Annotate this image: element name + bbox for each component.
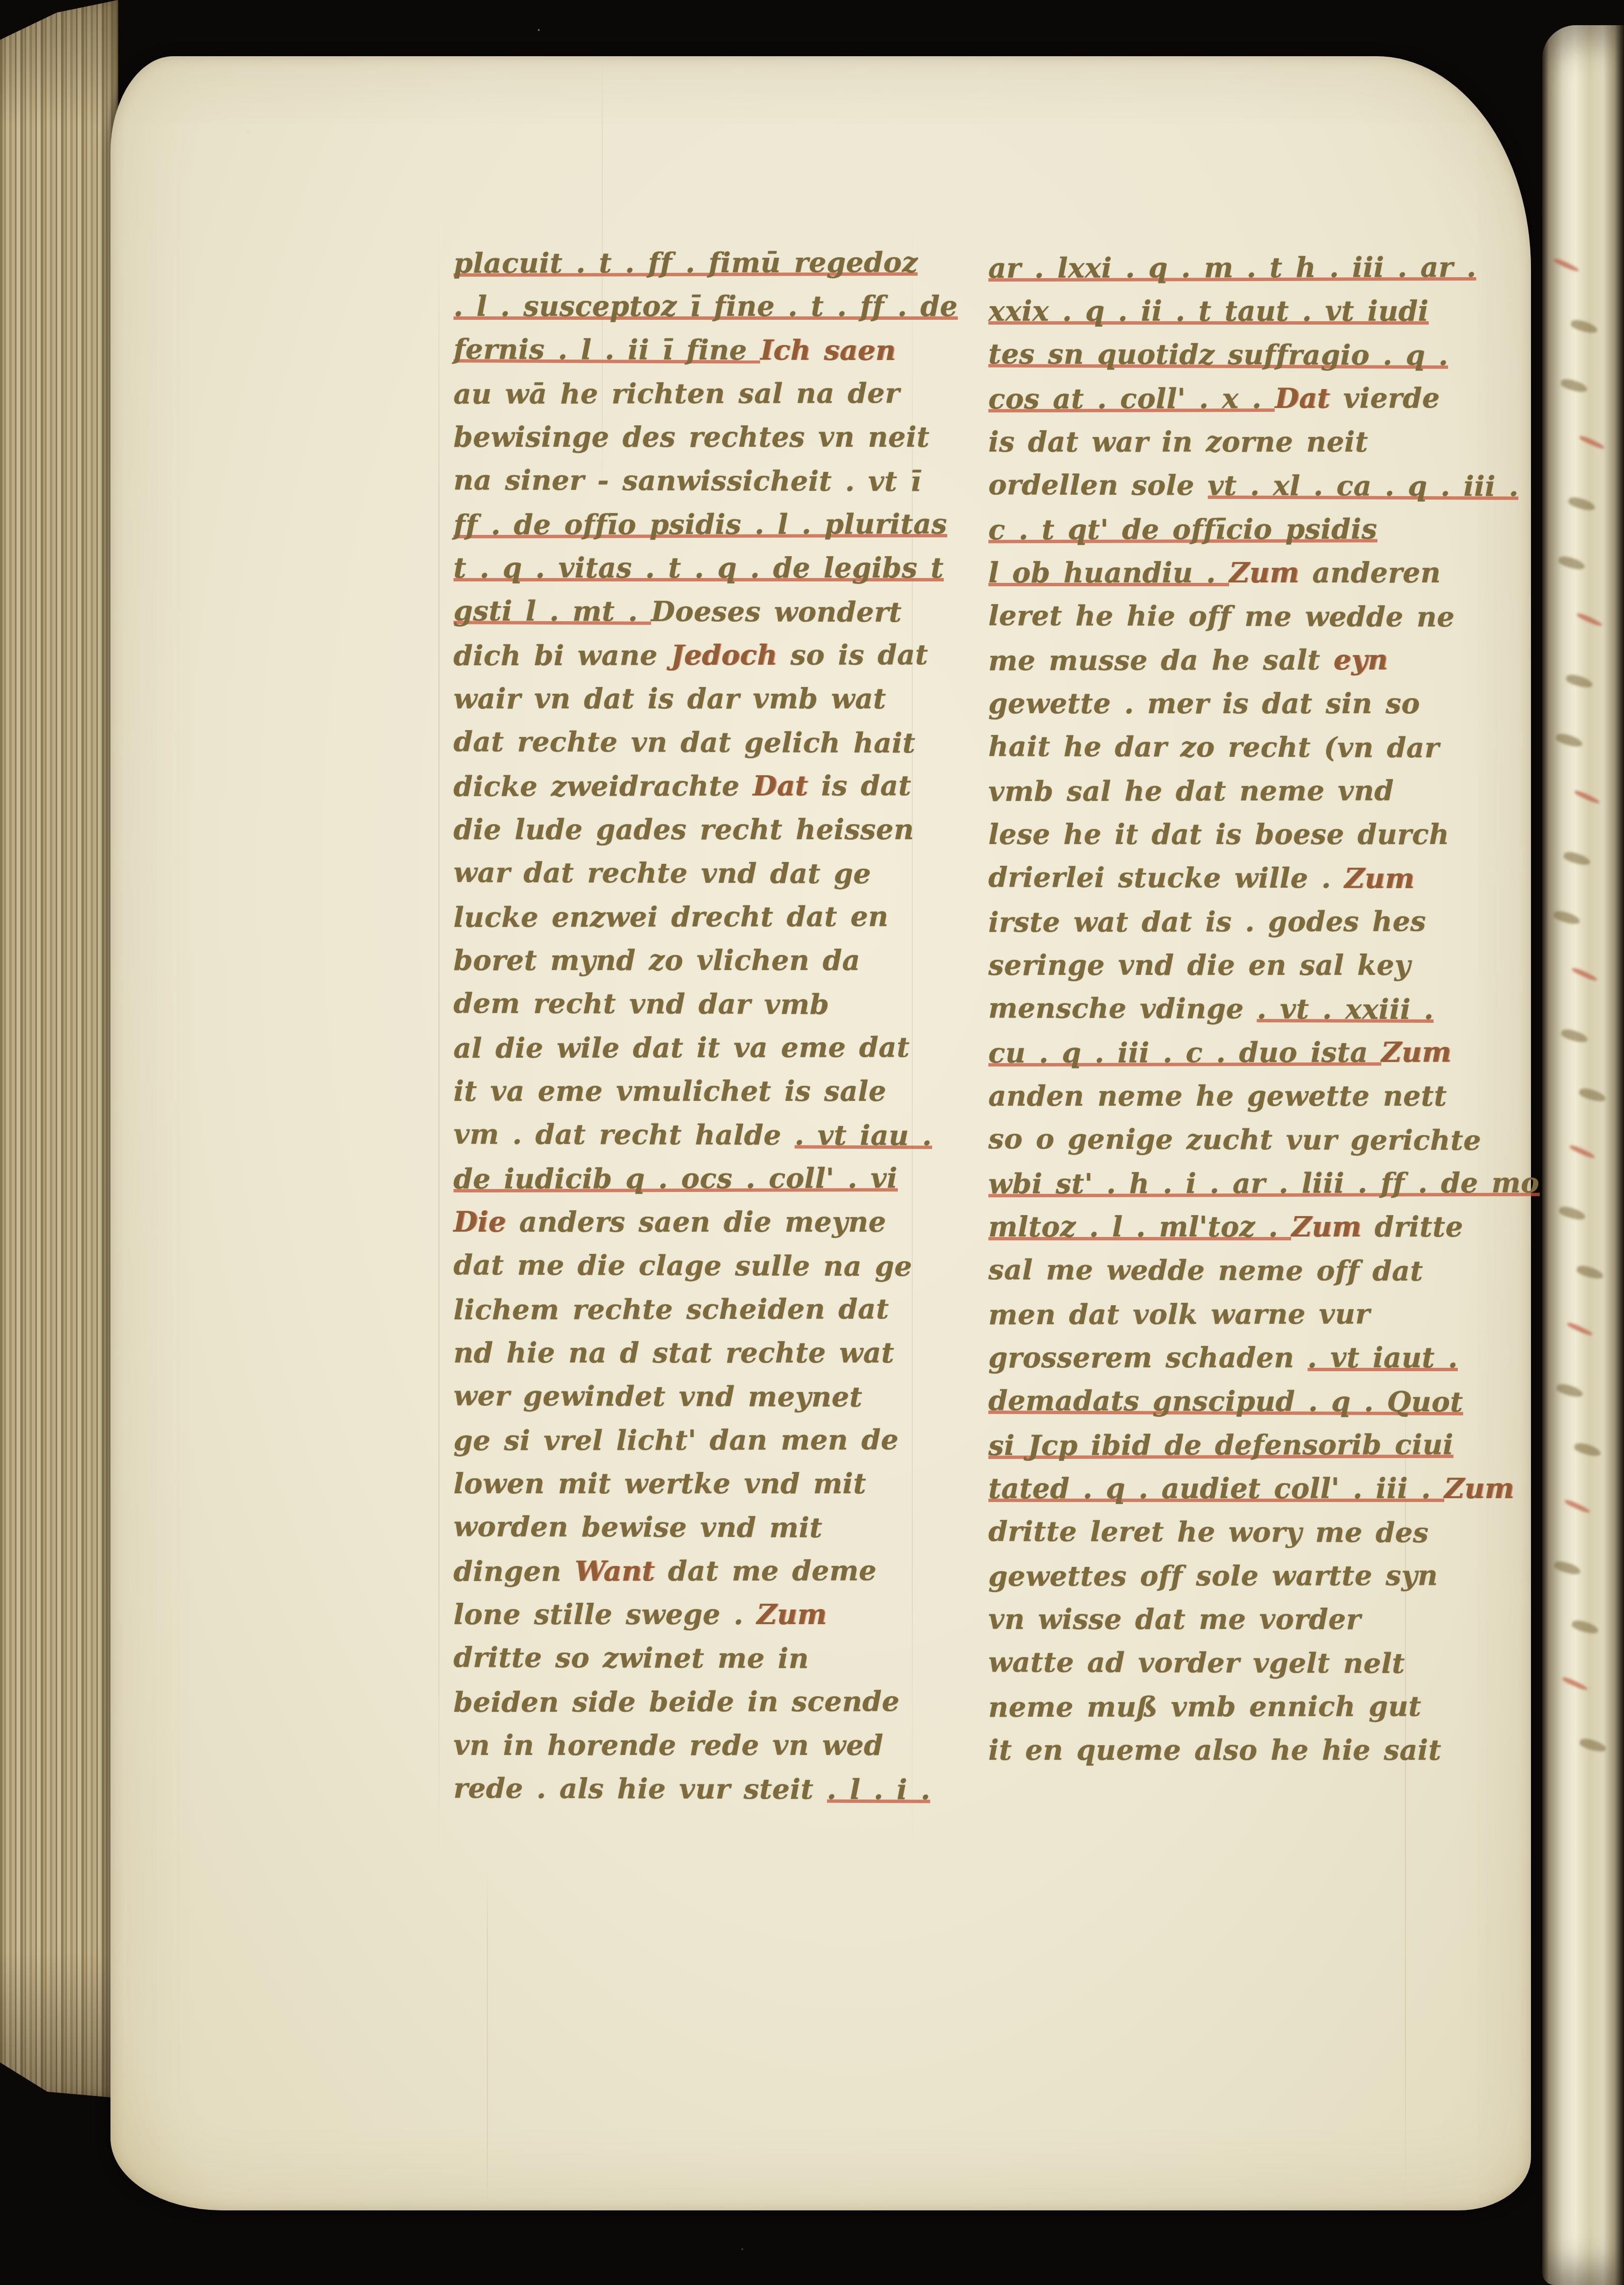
text-line: vmb sal he dat neme vnd xyxy=(988,769,1540,814)
text-line: cos at . coll' . x . Dat vierde xyxy=(988,376,1540,421)
text-line: gsti l . mt . Doeses wondert xyxy=(453,589,958,634)
rubricated-text: demadats gnscipud . q . Quot xyxy=(988,1384,1463,1418)
edge-text-fragment xyxy=(1555,1382,1584,1399)
edge-text-fragment xyxy=(1553,257,1579,273)
ink-text: men dat volk warne vur xyxy=(988,1298,1370,1331)
ink-text: is dat war in zorne neit xyxy=(988,426,1368,458)
page-edge-strip xyxy=(1542,25,1624,2285)
ink-text: na siner - sanwissicheit . vt ī xyxy=(453,464,921,498)
ink-text: leret he hie off me wedde ne xyxy=(988,599,1455,633)
ink-text: vm . dat recht halde xyxy=(453,1118,795,1151)
rubricated-text: wbi st' . h . i . ar . liii . ff . de mo xyxy=(988,1167,1540,1200)
ink-text: lese he it dat is boese durch xyxy=(988,818,1449,851)
ink-text: gewette . mer is dat sin so xyxy=(988,688,1420,720)
ruling-crease xyxy=(438,208,439,1865)
ink-text: so is dat xyxy=(777,639,928,672)
ink-text: watte ad vorder vgelt nelt xyxy=(988,1646,1405,1680)
text-line: au wā he richten sal na der xyxy=(453,372,958,416)
text-line: lone stille swege . Zum xyxy=(453,1593,958,1637)
ink-text: lowen mit wertke vnd mit xyxy=(453,1468,866,1500)
book-fore-edge xyxy=(0,0,118,2098)
text-line: ordellen sole vt . xl . ca . q . iii . xyxy=(988,463,1540,509)
text-line: dritte leret he wory me des xyxy=(988,1510,1540,1555)
text-line: bewisinge des rechtes vn neit xyxy=(453,416,958,459)
ink-text: me musse da he salt xyxy=(988,644,1334,677)
text-line: Die anders saen die meyne xyxy=(453,1201,958,1244)
text-line: watte ad vorder vgelt nelt xyxy=(988,1641,1540,1686)
ink-text: lichem rechte scheiden dat xyxy=(453,1293,889,1326)
edge-text-fragment xyxy=(1567,496,1596,513)
text-line: leret he hie off me wedde ne xyxy=(988,594,1540,640)
text-line: de iudicib q . ocs . coll' . vi xyxy=(453,1157,958,1201)
text-line: sal me wedde neme off dat xyxy=(988,1248,1540,1294)
ink-text: rede . als hie vur steit xyxy=(453,1772,827,1805)
text-line: gewette . mer is dat sin so xyxy=(988,682,1540,726)
ink-text: dritte so zwinet me in xyxy=(453,1641,809,1675)
rubricated-text: si Jcp ibid de defensorib ciui xyxy=(988,1428,1453,1462)
text-line: tes sn quotidz suffragio . q . xyxy=(988,332,1540,378)
rubricated-text: fernis . l . ii ī fine xyxy=(453,333,761,366)
text-column-left: placuit . t . ff . fimū regedoz. l . sus… xyxy=(453,241,958,1811)
edge-text-fragment xyxy=(1564,1499,1591,1514)
ink-text: war dat rechte vnd dat ge xyxy=(453,856,871,890)
text-line: drierlei stucke wille . Zum xyxy=(988,856,1540,901)
ink-text: wer gewindet vnd meynet xyxy=(453,1379,862,1413)
text-line: it va eme vmulichet is sale xyxy=(453,1070,958,1113)
ink-text: mensche vdinge xyxy=(988,992,1257,1025)
red-touched-initial: Die xyxy=(453,1206,506,1238)
rubricated-text: ar . lxxi . q . m . t h . iii . ar . xyxy=(988,251,1476,284)
rubricated-text: . l . susceptoz ī fine . t . ff . de xyxy=(453,290,958,323)
ink-text: dat me deme xyxy=(655,1554,876,1587)
edge-text-fragment xyxy=(1576,612,1603,627)
edge-text-fragment xyxy=(1562,850,1591,867)
rubricated-text: placuit . t . ff . fimū regedoz xyxy=(453,246,918,280)
text-line: war dat rechte vnd dat ge xyxy=(453,851,958,896)
text-line: gewettes off sole wartte syn xyxy=(988,1554,1540,1598)
text-column-right: ar . lxxi . q . m . t h . iii . ar .xxix… xyxy=(988,246,1540,1772)
ink-text: vmb sal he dat neme vnd xyxy=(988,774,1394,808)
text-line: so o genige zucht vur gerichte xyxy=(988,1117,1540,1163)
ink-text: anderen xyxy=(1299,557,1441,589)
text-line: rede . als hie vur steit . l . i . xyxy=(453,1767,958,1812)
text-line: dem recht vnd dar vmb xyxy=(453,982,958,1027)
ink-text: worden bewise vnd mit xyxy=(453,1510,823,1544)
text-line: demadats gnscipud . q . Quot xyxy=(988,1379,1540,1424)
text-line: cu . q . iii . c . duo ista Zum xyxy=(988,1031,1540,1075)
ink-text: dritte leret he wory me des xyxy=(988,1515,1429,1549)
edge-text-fragment xyxy=(1560,377,1588,394)
red-touched-initial: eyn xyxy=(1333,643,1388,676)
text-line: ar . lxxi . q . m . t h . iii . ar . xyxy=(988,246,1540,290)
ink-text: it va eme vmulichet is sale xyxy=(453,1075,887,1108)
dust-speck xyxy=(538,29,540,31)
edge-text-fragment xyxy=(1576,1264,1604,1281)
red-touched-initial: Dat xyxy=(753,770,808,802)
ink-text: sal me wedde neme off dat xyxy=(988,1253,1423,1287)
dust-speck xyxy=(247,131,249,133)
text-line: neme muß vmb ennich gut xyxy=(988,1685,1540,1729)
text-line: die lude gades recht heissen xyxy=(453,808,958,852)
edge-text-fragment xyxy=(1571,967,1598,982)
text-line: dat rechte vn dat gelich hait xyxy=(453,720,958,765)
text-line: dich bi wane Jedoch so is dat xyxy=(453,633,958,678)
text-line: worden bewise vnd mit xyxy=(453,1505,958,1550)
text-line: vn in horende rede vn wed xyxy=(453,1724,958,1768)
edge-text-fragment xyxy=(1578,435,1605,450)
ink-text: vierde xyxy=(1330,382,1440,414)
ink-text: lucke enzwei drecht dat en xyxy=(453,900,889,934)
ink-text: lone stille swege . xyxy=(453,1598,757,1631)
text-line: beiden side beide in scende xyxy=(453,1680,958,1724)
text-line: seringe vnd die en sal key xyxy=(988,944,1540,987)
text-line: hait he dar zo recht (vn dar xyxy=(988,725,1540,770)
ink-text: drierlei stucke wille . xyxy=(988,861,1344,894)
ink-text: seringe vnd die en sal key xyxy=(988,949,1411,982)
ink-text: dicke zweidrachte xyxy=(453,770,753,803)
text-line: c . t qt' de offīcio psidis xyxy=(988,507,1540,552)
ink-text: nd hie na d stat rechte wat xyxy=(453,1337,894,1369)
text-line: ge si vrel licht' dan men de xyxy=(453,1418,958,1463)
edge-text-fragment xyxy=(1553,1560,1581,1577)
text-line: boret mynd zo vlichen da xyxy=(453,939,958,983)
rubricated-text: cos at . coll' . x . xyxy=(988,382,1275,415)
red-touched-initial: Zum xyxy=(757,1598,827,1631)
edge-text-fragment xyxy=(1573,1441,1602,1458)
edge-text-fragment xyxy=(1578,1087,1607,1104)
rubricated-text: cu . q . iii . c . duo ista xyxy=(988,1036,1381,1069)
ink-text: Doeses wondert xyxy=(651,595,902,629)
ink-text: is dat xyxy=(808,769,911,802)
text-line: dritte so zwinet me in xyxy=(453,1636,958,1681)
text-line: wer gewindet vnd meynet xyxy=(453,1374,958,1419)
edge-text-fragment xyxy=(1569,1144,1595,1159)
edge-text-fragment xyxy=(1560,1028,1589,1045)
ink-text: dem recht vnd dar vmb xyxy=(453,987,829,1020)
manuscript-photo: placuit . t . ff . fimū regedoz. l . sus… xyxy=(0,0,1624,2285)
edge-text-fragment xyxy=(1558,1205,1586,1222)
ink-text: beiden side beide in scende xyxy=(453,1685,900,1719)
text-line: mensche vdinge . vt . xxiii . xyxy=(988,986,1540,1032)
rubricated-text: . vt iau . xyxy=(795,1119,932,1152)
rubricated-text: tated . q . audiet coll' . iii . xyxy=(988,1472,1444,1505)
text-line: irste wat dat is . godes hes xyxy=(988,900,1540,944)
text-line: si Jcp ibid de defensorib ciui xyxy=(988,1423,1540,1468)
edge-text-fragment xyxy=(1578,1737,1607,1754)
rubricated-text: tes sn quotidz suffragio . q . xyxy=(988,338,1449,372)
edge-text-fragment xyxy=(1555,732,1583,749)
red-touched-initial: Zum xyxy=(1381,1036,1452,1068)
dust-speck xyxy=(368,63,370,65)
red-touched-initial: Dat xyxy=(1275,382,1330,415)
edge-text-fragment xyxy=(1552,909,1581,926)
ink-text: au wā he richten sal na der xyxy=(453,377,900,410)
rubricated-text: l ob huandiu . xyxy=(988,557,1229,589)
text-line: placuit . t . ff . fimū regedoz xyxy=(453,241,958,285)
edge-text-fragment xyxy=(1571,1619,1599,1636)
text-line: ff . de offīo psidis . l . pluritas xyxy=(453,502,958,547)
red-touched-initial: Jedoch xyxy=(671,639,778,672)
red-touched-initial: Zum xyxy=(1444,1472,1515,1505)
edge-text-fragment xyxy=(1566,1321,1593,1337)
red-touched-initial: Zum xyxy=(1291,1211,1361,1243)
red-touched-initial: Want xyxy=(575,1555,655,1587)
ink-text: so o genige zucht vur gerichte xyxy=(988,1123,1481,1157)
edge-text-fragment xyxy=(1574,789,1600,805)
text-line: lichem rechte scheiden dat xyxy=(453,1287,958,1332)
text-line: dicke zweidrachte Dat is dat xyxy=(453,764,958,809)
page-crease xyxy=(487,1870,488,2209)
text-line: lucke enzwei drecht dat en xyxy=(453,895,958,939)
rubricated-text: xxix . q . ii . t taut . vt iudi xyxy=(988,295,1429,328)
text-line: tated . q . audiet coll' . iii . Zum xyxy=(988,1467,1540,1511)
rubricated-text: t . q . vitas . t . q . de legibs t xyxy=(453,552,944,584)
rubricated-text: . vt . xxiii . xyxy=(1257,993,1434,1026)
text-line: wbi st' . h . i . ar . liii . ff . de mo xyxy=(988,1161,1540,1206)
text-line: . l . susceptoz ī fine . t . ff . de xyxy=(453,285,958,329)
ink-text: dat rechte vn dat gelich hait xyxy=(453,725,916,759)
ink-text: dingen xyxy=(453,1555,575,1588)
ink-text: anden neme he gewette nett xyxy=(988,1080,1447,1112)
edge-text-fragment xyxy=(1565,673,1593,690)
text-line: al die wile dat it va eme dat xyxy=(453,1026,958,1070)
text-line: me musse da he salt eyn xyxy=(988,638,1540,683)
ink-text: dich bi wane xyxy=(453,639,671,672)
edge-text-fragment xyxy=(1562,1676,1588,1691)
rubricated-text: gsti l . mt . xyxy=(453,595,651,627)
rubricated-text: vt . xl . ca . q . iii . xyxy=(1207,470,1518,503)
rubricated-text: . l . i . xyxy=(827,1773,931,1806)
text-line: vm . dat recht halde . vt iau . xyxy=(453,1112,958,1158)
text-line: men dat volk warne vur xyxy=(988,1292,1540,1337)
text-line: it en queme also he hie sait xyxy=(988,1729,1540,1772)
text-line: lese he it dat is boese durch xyxy=(988,813,1540,857)
ink-text: it en queme also he hie sait xyxy=(988,1734,1441,1767)
edge-text-fragment xyxy=(1557,555,1586,572)
text-line: fernis . l . ii ī fine Ich saen xyxy=(453,328,958,373)
text-line: dingen Want dat me deme xyxy=(453,1549,958,1594)
text-line: lowen mit wertke vnd mit xyxy=(453,1462,958,1506)
ink-text: gewettes off sole wartte syn xyxy=(988,1559,1438,1593)
ink-text: vn in horende rede vn wed xyxy=(453,1729,883,1762)
text-line: anden neme he gewette nett xyxy=(988,1075,1540,1118)
ink-text: die lude gades recht heissen xyxy=(453,814,914,846)
ink-text: dat me die clage sulle na ge xyxy=(453,1249,912,1283)
text-line: is dat war in zorne neit xyxy=(988,421,1540,464)
red-touched-initial: Zum xyxy=(1344,862,1415,895)
red-touched-initial: Ich saen xyxy=(760,334,896,367)
text-line: wair vn dat is dar vmb wat xyxy=(453,677,958,721)
text-line: nd hie na d stat rechte wat xyxy=(453,1331,958,1375)
ink-text: irste wat dat is . godes hes xyxy=(988,905,1426,939)
dust-speck xyxy=(354,2146,356,2148)
text-line: na siner - sanwissicheit . vt ī xyxy=(453,458,958,503)
red-touched-initial: Zum xyxy=(1229,557,1299,589)
text-line: dat me die clage sulle na ge xyxy=(453,1243,958,1288)
ink-text: ordellen sole xyxy=(988,469,1208,501)
rubricated-text: c . t qt' de offīcio psidis xyxy=(988,513,1377,547)
rubricated-text: . vt iaut . xyxy=(1308,1342,1458,1374)
text-line: l ob huandiu . Zum anderen xyxy=(988,551,1540,595)
ink-text: grosserem schaden xyxy=(988,1342,1308,1374)
text-line: vn wisse dat me vorder xyxy=(988,1598,1540,1642)
rubricated-text: ff . de offīo psidis . l . pluritas xyxy=(453,508,947,541)
rubricated-text: de iudicib q . ocs . coll' . vi xyxy=(453,1162,898,1195)
rubricated-text: mltoz . l . ml'toz . xyxy=(988,1211,1291,1243)
ink-text: neme muß vmb ennich gut xyxy=(988,1690,1421,1723)
ink-text: ge si vrel licht' dan men de xyxy=(453,1424,899,1457)
text-line: t . q . vitas . t . q . de legibs t xyxy=(453,547,958,590)
ink-text: bewisinge des rechtes vn neit xyxy=(453,421,930,454)
edge-text-fragment xyxy=(1570,318,1598,335)
ink-text: boret mynd zo vlichen da xyxy=(453,944,860,977)
ink-text: hait he dar zo recht (vn dar xyxy=(988,730,1439,764)
ink-text: vn wisse dat me vorder xyxy=(988,1603,1361,1636)
text-line: grosserem schaden . vt iaut . xyxy=(988,1336,1540,1380)
ink-text: dritte xyxy=(1361,1211,1463,1243)
text-line: xxix . q . ii . t taut . vt iudi xyxy=(988,290,1540,333)
ink-text: al die wile dat it va eme dat xyxy=(453,1031,910,1064)
ink-text: anders saen die meyne xyxy=(506,1206,887,1238)
dust-speck xyxy=(741,2248,743,2250)
ink-text: wair vn dat is dar vmb wat xyxy=(453,683,886,715)
text-line: mltoz . l . ml'toz . Zum dritte xyxy=(988,1205,1540,1249)
